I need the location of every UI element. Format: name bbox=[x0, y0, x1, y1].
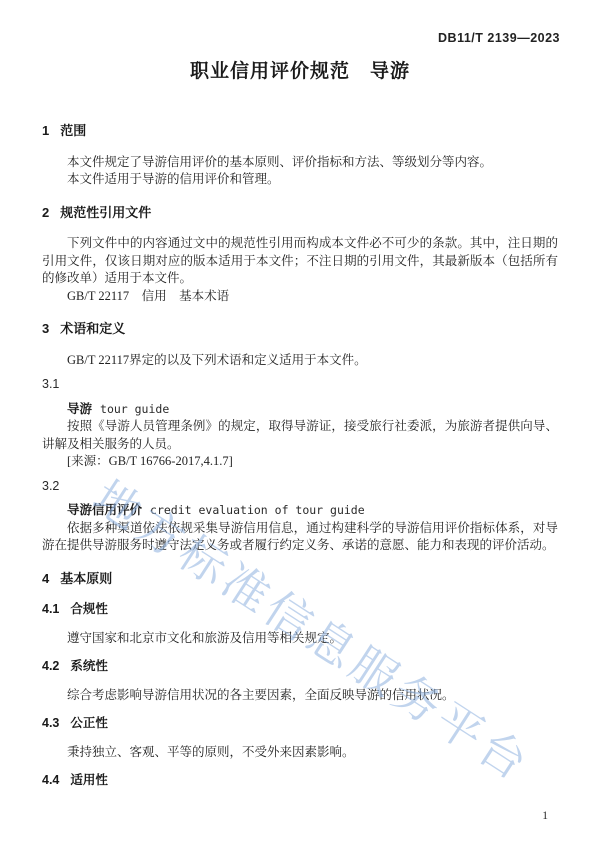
section-number: 2 bbox=[42, 205, 49, 220]
paragraph: 下列文件中的内容通过文中的规范性引用而构成本文件必不可少的条款。其中，注日期的引… bbox=[42, 235, 558, 288]
document-page: DB11/T 2139—2023 职业信用评价规范 导游 1范围 本文件规定了导… bbox=[0, 0, 600, 858]
section-heading-4: 4基本原则 bbox=[42, 570, 558, 588]
section-heading-2: 2规范性引用文件 bbox=[42, 204, 558, 222]
subsection-label: 合规性 bbox=[70, 602, 108, 616]
section-label: 基本原则 bbox=[60, 571, 112, 586]
term-entry: 导游tour guide bbox=[42, 401, 558, 419]
section-heading-3: 3术语和定义 bbox=[42, 320, 558, 338]
subsection-heading-4-3: 4.3公正性 bbox=[42, 715, 558, 733]
section-label: 规范性引用文件 bbox=[60, 205, 151, 220]
term-chinese: 导游 bbox=[67, 402, 92, 416]
term-english: tour guide bbox=[100, 402, 169, 416]
subsection-number: 4.4 bbox=[42, 773, 59, 787]
section-label: 范围 bbox=[60, 123, 86, 138]
term-definition: 按照《导游人员管理条例》的规定，取得导游证，接受旅行社委派，为旅游者提供向导、讲… bbox=[42, 418, 558, 453]
document-body: 1范围 本文件规定了导游信用评价的基本原则、评价指标和方法、等级划分等内容。 本… bbox=[42, 122, 558, 801]
clause-number-3-2: 3.2 bbox=[42, 478, 558, 496]
term-definition: 依据多种渠道依法依规采集导游信用信息，通过构建科学的导游信用评价指标体系，对导游… bbox=[42, 520, 558, 555]
term-chinese: 导游信用评价 bbox=[67, 503, 142, 517]
section-number: 4 bbox=[42, 571, 49, 586]
section-heading-1: 1范围 bbox=[42, 122, 558, 140]
subsection-number: 4.2 bbox=[42, 659, 59, 673]
subsection-label: 适用性 bbox=[70, 773, 108, 787]
paragraph: 本文件适用于导游的信用评价和管理。 bbox=[42, 171, 558, 189]
term-english: credit evaluation of tour guide bbox=[150, 503, 365, 517]
standard-code: DB11/T 2139—2023 bbox=[438, 31, 560, 45]
subsection-number: 4.1 bbox=[42, 602, 59, 616]
paragraph: 综合考虑影响导游信用状况的各主要因素，全面反映导游的信用状况。 bbox=[42, 687, 558, 705]
section-label: 术语和定义 bbox=[60, 321, 125, 336]
term-entry: 导游信用评价credit evaluation of tour guide bbox=[42, 502, 558, 520]
term-source: [来源：GB/T 16766-2017,4.1.7] bbox=[42, 453, 558, 471]
section-number: 1 bbox=[42, 123, 49, 138]
section-number: 3 bbox=[42, 321, 49, 336]
normative-reference: GB/T 22117 信用 基本术语 bbox=[42, 288, 558, 306]
paragraph: 遵守国家和北京市文化和旅游及信用等相关规定。 bbox=[42, 630, 558, 648]
subsection-heading-4-2: 4.2系统性 bbox=[42, 658, 558, 676]
paragraph: 本文件规定了导游信用评价的基本原则、评价指标和方法、等级划分等内容。 bbox=[42, 154, 558, 172]
subsection-label: 系统性 bbox=[70, 659, 108, 673]
page-number: 1 bbox=[542, 810, 548, 822]
document-title: 职业信用评价规范 导游 bbox=[0, 56, 600, 83]
subsection-heading-4-1: 4.1合规性 bbox=[42, 601, 558, 619]
subsection-heading-4-4: 4.4适用性 bbox=[42, 772, 558, 790]
subsection-number: 4.3 bbox=[42, 716, 59, 730]
paragraph: GB/T 22117界定的以及下列术语和定义适用于本文件。 bbox=[42, 352, 558, 370]
subsection-label: 公正性 bbox=[70, 716, 108, 730]
paragraph: 秉持独立、客观、平等的原则，不受外来因素影响。 bbox=[42, 744, 558, 762]
clause-number-3-1: 3.1 bbox=[42, 376, 558, 394]
